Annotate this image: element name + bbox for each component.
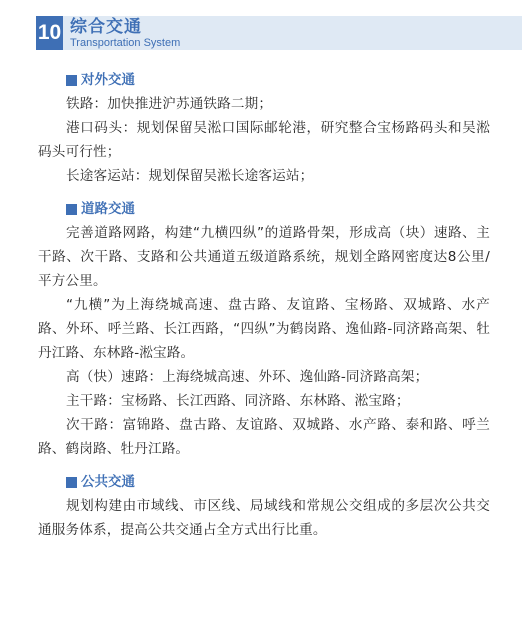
section-external-transport: 对外交通 铁路：加快推进沪苏通铁路二期； 港口码头：规划保留吴淞口国际邮轮港，研… xyxy=(38,68,490,188)
section-heading-label: 道路交通 xyxy=(81,197,135,221)
paragraph: 高（快）速路：上海绕城高速、外环、逸仙路-同济路高架； xyxy=(38,365,490,389)
chapter-title: 综合交通 xyxy=(70,17,142,37)
square-bullet-icon xyxy=(66,477,77,488)
section-heading-label: 对外交通 xyxy=(81,68,135,92)
section-heading: 对外交通 xyxy=(66,68,490,92)
section-heading-label: 公共交通 xyxy=(81,470,135,494)
paragraph: 铁路：加快推进沪苏通铁路二期； xyxy=(38,92,490,116)
paragraph: 完善道路网路，构建“九横四纵”的道路骨架，形成高（块）速路、主干路、次干路、支路… xyxy=(38,221,490,293)
paragraph: “九横”为上海绕城高速、盘古路、友谊路、宝杨路、双城路、水产路、外环、呼兰路、长… xyxy=(38,293,490,365)
chapter-subtitle: Transportation System xyxy=(70,37,180,49)
paragraph: 主干路：宝杨路、长江西路、同济路、东林路、淞宝路； xyxy=(38,389,490,413)
section-road-transport: 道路交通 完善道路网路，构建“九横四纵”的道路骨架，形成高（块）速路、主干路、次… xyxy=(38,197,490,461)
section-heading: 公共交通 xyxy=(66,470,490,494)
square-bullet-icon xyxy=(66,75,77,86)
paragraph: 次干路：富锦路、盘古路、友谊路、双城路、水产路、泰和路、呼兰路、鹤岗路、牡丹江路… xyxy=(38,413,490,461)
section-public-transport: 公共交通 规划构建由市域线、市区线、局域线和常规公交组成的多层次公共交通服务体系… xyxy=(38,470,490,542)
chapter-header: 10 综合交通 Transportation System xyxy=(36,16,522,50)
chapter-number: 10 xyxy=(36,16,63,50)
square-bullet-icon xyxy=(66,204,77,215)
section-heading: 道路交通 xyxy=(66,197,490,221)
document-body: 对外交通 铁路：加快推进沪苏通铁路二期； 港口码头：规划保留吴淞口国际邮轮港，研… xyxy=(38,68,490,542)
paragraph: 港口码头：规划保留吴淞口国际邮轮港，研究整合宝杨路码头和吴淞码头可行性； xyxy=(38,116,490,164)
paragraph: 规划构建由市域线、市区线、局域线和常规公交组成的多层次公共交通服务体系，提高公共… xyxy=(38,494,490,542)
paragraph: 长途客运站：规划保留吴淞长途客运站； xyxy=(38,164,490,188)
